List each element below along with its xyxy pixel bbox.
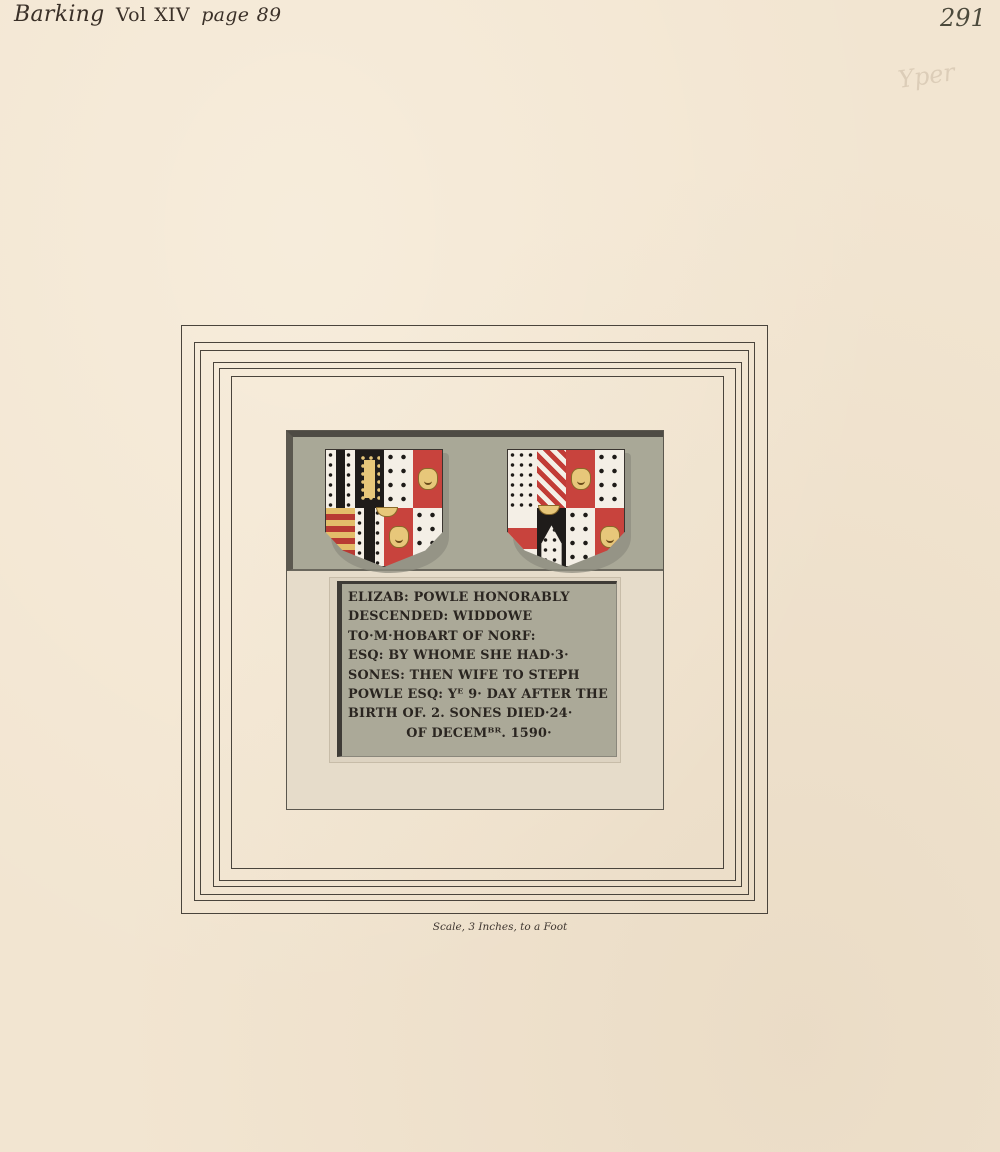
quarter-ermine: [326, 450, 355, 508]
place-name: Barking: [14, 2, 105, 27]
inscription-line: sones: then wife to Steph: [348, 666, 610, 685]
inscription-line: of Decemᴮᴿ. 1590·: [348, 724, 610, 743]
quarter-lion-face: [413, 450, 442, 508]
quarter-ermine: [384, 450, 413, 508]
volume-number: XIV: [154, 4, 190, 26]
inscription-line: Esq: by whome she had·3·: [348, 646, 610, 665]
folio-number: 291: [940, 4, 986, 32]
page-label: page: [201, 4, 249, 26]
scale-caption: Scale, 3 Inches, to a Foot: [0, 921, 1000, 933]
inscription-line: to·M·Hobart of Norf:: [348, 627, 610, 646]
page-number: 89: [257, 4, 282, 26]
sinister-shield-icon: [507, 449, 625, 567]
memorial-monument: Elizab: Powle honorably descended: widdo…: [286, 430, 664, 810]
page-reference: Barking VolXIV page 89: [14, 2, 281, 27]
quarter-argent-charges: [508, 450, 537, 508]
inscription-line: descended: widdowe: [348, 607, 610, 626]
inscription-line: Powle Esq: yᴱ 9· day after the: [348, 685, 610, 704]
inscription-tablet: Elizab: Powle honorably descended: widdo…: [337, 581, 617, 757]
volume-label: Vol: [116, 4, 146, 26]
quarter-bordure: [355, 450, 384, 508]
inscription-line: Elizab: Powle honorably: [348, 588, 610, 607]
inscription-line: birth of. 2. sones died·24·: [348, 704, 610, 723]
quarter-lion-face: [566, 450, 595, 508]
quarter-ermine: [595, 450, 624, 508]
quarter-bendy: [537, 450, 566, 508]
